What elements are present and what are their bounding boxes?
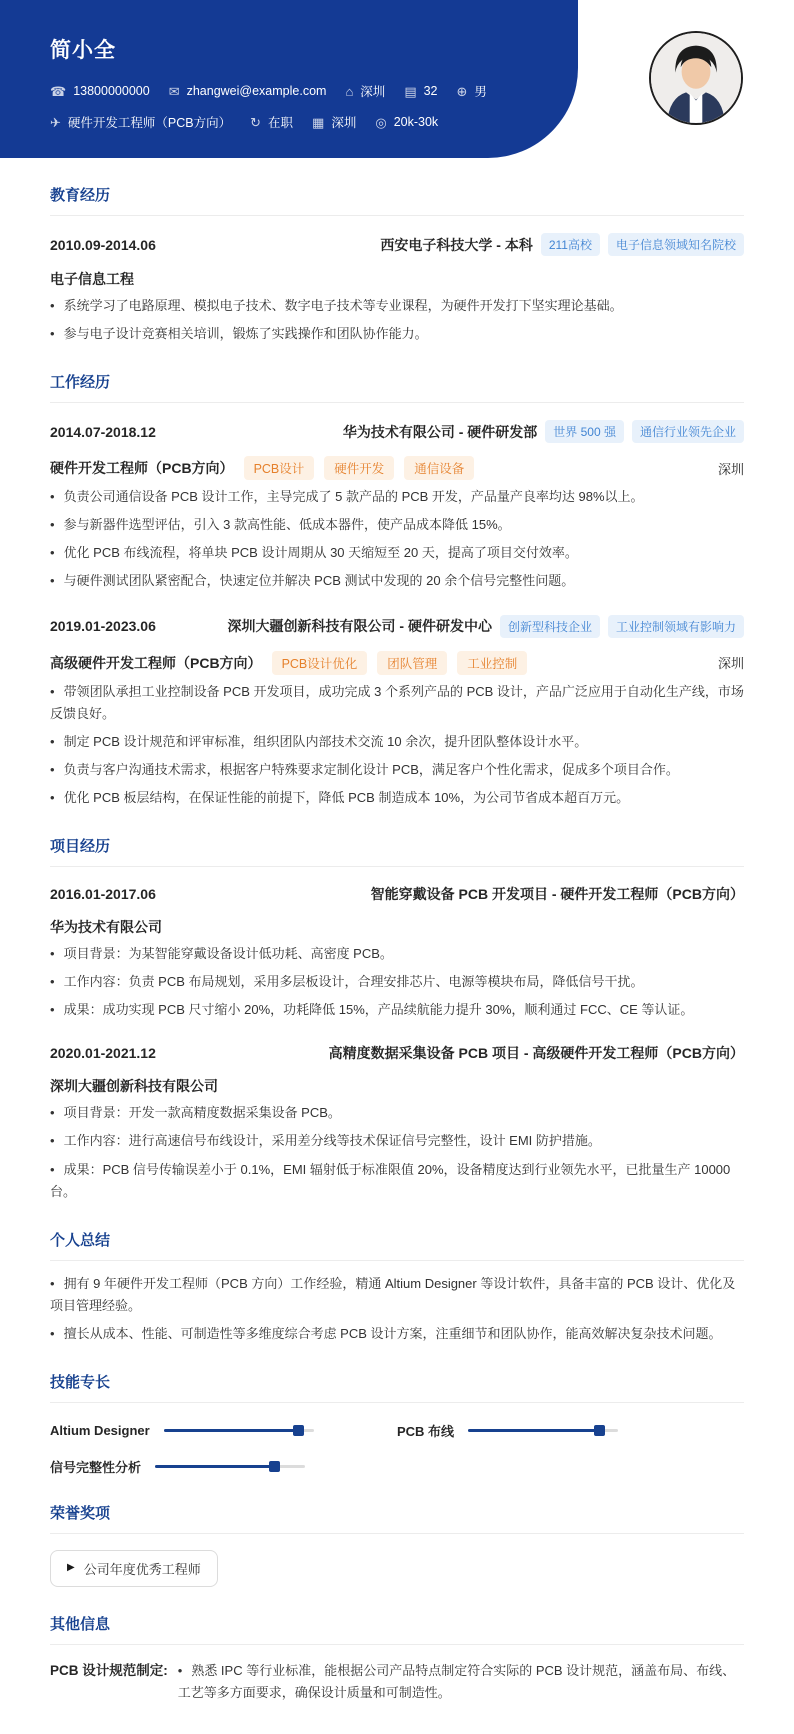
work-entry-2: 2019.01-2023.06 深圳大疆创新科技有限公司 - 硬件研发中心 创新…: [50, 615, 744, 809]
work-entry-1: 2014.07-2018.12 华为技术有限公司 - 硬件研发部 世界 500 …: [50, 420, 744, 592]
project-date: 2020.01-2021.12: [50, 1045, 156, 1061]
bullet-item: •负责公司通信设备 PCB 设计工作，主导完成了 5 款产品的 PCB 开发，产…: [50, 486, 744, 508]
project-bullets: •项目背景：为某智能穿戴设备设计低功耗、高密度 PCB。 •工作内容：负责 PC…: [50, 943, 744, 1021]
bullet-item: •参与新器件选型评估，引入 3 款高性能、低成本器件，使产品成本降低 15%。: [50, 514, 744, 536]
bullet-dot: •: [50, 762, 55, 777]
skill-tag: PCB设计优化: [272, 651, 368, 675]
summary-bullets: •拥有 9 年硬件开发工程师（PCB 方向）工作经验，精通 Altium Des…: [50, 1273, 744, 1345]
resume-page: 简小全 ☎ 13800000000 ✉ zhangwei@example.com…: [0, 0, 794, 1734]
bullet-dot: •: [50, 489, 55, 504]
work-city: 深圳: [718, 653, 744, 672]
school-name: 西安电子科技大学 - 本科: [380, 235, 532, 255]
play-icon: ▶: [67, 1563, 75, 1573]
section-title-work: 工作经历: [50, 371, 744, 403]
bullet-dot: •: [50, 974, 55, 989]
age-text: 32: [424, 84, 438, 98]
education-entry: 2010.09-2014.06 西安电子科技大学 - 本科 211高校 电子信息…: [50, 233, 744, 345]
home-icon: ⌂: [345, 85, 353, 98]
bullet-item: •工作内容：进行高速信号布线设计，采用差分线等技术保证信号完整性，设计 EMI …: [50, 1130, 744, 1152]
work-bullets: •负责公司通信设备 PCB 设计工作，主导完成了 5 款产品的 PCB 开发，产…: [50, 486, 744, 592]
company-name: 华为技术有限公司 - 硬件研发部: [343, 422, 537, 442]
skill-slider-fill: [155, 1465, 275, 1468]
skill-signal-integrity: 信号完整性分析: [50, 1457, 397, 1476]
contact-gender: ⊕ 男: [457, 82, 487, 100]
bullet-item: •熟悉 IPC 等行业标准，能根据公司产品特点制定符合实际的 PCB 设计规范，…: [178, 1660, 744, 1704]
calendar-icon: ▤: [404, 85, 416, 98]
skill-tag: 硬件开发: [324, 456, 394, 480]
job-role: 硬件开发工程师（PCB方向）: [50, 458, 234, 478]
job-intention: ✈ 硬件开发工程师（PCB方向）: [50, 113, 231, 131]
bullet-dot: •: [50, 326, 55, 341]
building-icon: ▦: [312, 116, 324, 129]
salary-text: 20k-30k: [394, 115, 438, 129]
bullet-item: •带领团队承担工业控制设备 PCB 开发项目，成功完成 3 个系列产品的 PCB…: [50, 681, 744, 725]
skill-slider-fill: [468, 1429, 600, 1432]
skill-slider-handle[interactable]: [594, 1425, 605, 1436]
phone-text: 13800000000: [73, 84, 149, 98]
phone-icon: ☎: [50, 85, 66, 98]
status-icon: ↻: [250, 116, 261, 129]
job-status-text: 在职: [268, 113, 293, 131]
education-date: 2010.09-2014.06: [50, 237, 156, 253]
bullet-dot: •: [50, 1162, 55, 1177]
company-name: 深圳大疆创新科技有限公司 - 硬件研发中心: [228, 616, 492, 636]
section-title-other: 其他信息: [50, 1613, 744, 1645]
company-badge: 工业控制领域有影响力: [608, 615, 744, 638]
project-bullets: •项目背景：开发一款高精度数据采集设备 PCB。 •工作内容：进行高速信号布线设…: [50, 1102, 744, 1202]
project-date: 2016.01-2017.06: [50, 886, 156, 902]
bullet-item: •优化 PCB 板层结构，在保证性能的前提下，降低 PCB 制造成本 10%，为…: [50, 787, 744, 809]
bullet-dot: •: [178, 1663, 183, 1678]
bullet-dot: •: [50, 1105, 55, 1120]
company-badge: 世界 500 强: [545, 420, 624, 443]
other-info-label: PCB 设计规范制定:: [50, 1660, 168, 1683]
bullet-item: •成果：成功实现 PCB 尺寸缩小 20%，功耗降低 15%，产品续航能力提升 …: [50, 999, 744, 1021]
bullet-dot: •: [50, 1326, 55, 1341]
section-title-skills: 技能专长: [50, 1371, 744, 1403]
project-entry-1: 2016.01-2017.06 智能穿戴设备 PCB 开发项目 - 硬件开发工程…: [50, 884, 744, 1021]
target-city-text: 深圳: [331, 113, 356, 131]
job-intention-text: 硬件开发工程师（PCB方向）: [68, 113, 231, 131]
project-company: 华为技术有限公司: [50, 917, 744, 937]
bullet-dot: •: [50, 298, 55, 313]
skill-slider[interactable]: [155, 1465, 305, 1468]
bullet-dot: •: [50, 684, 55, 699]
section-skills: 技能专长 Altium Designer PCB 布线: [50, 1371, 744, 1476]
job-role: 高级硬件开发工程师（PCB方向）: [50, 653, 262, 673]
bullet-item: •项目背景：开发一款高精度数据采集设备 PCB。: [50, 1102, 744, 1124]
globe-icon: ⊕: [457, 85, 468, 98]
bullet-dot: •: [50, 790, 55, 805]
section-title-education: 教育经历: [50, 184, 744, 216]
job-status: ↻ 在职: [250, 113, 293, 131]
company-badge: 通信行业领先企业: [632, 420, 744, 443]
major-name: 电子信息工程: [50, 269, 744, 289]
skill-tag: 工业控制: [457, 651, 527, 675]
bullet-dot: •: [50, 573, 55, 588]
section-title-summary: 个人总结: [50, 1229, 744, 1261]
section-education: 教育经历 2010.09-2014.06 西安电子科技大学 - 本科 211高校…: [50, 184, 744, 345]
skill-altium-designer: Altium Designer: [50, 1421, 397, 1440]
bullet-dot: •: [50, 1133, 55, 1148]
section-summary: 个人总结 •拥有 9 年硬件开发工程师（PCB 方向）工作经验，精通 Altiu…: [50, 1229, 744, 1345]
expected-salary: ◎ 20k-30k: [375, 115, 438, 129]
bullet-item: •工作内容：负责 PCB 布局规划，采用多层板设计，合理安排芯片、电源等模块布局…: [50, 971, 744, 993]
contact-row-2: ✈ 硬件开发工程师（PCB方向） ↻ 在职 ▦ 深圳 ◎ 20k-30k: [50, 113, 794, 131]
header-content: 简小全 ☎ 13800000000 ✉ zhangwei@example.com…: [0, 0, 794, 131]
skill-slider[interactable]: [164, 1429, 314, 1432]
section-work: 工作经历 2014.07-2018.12 华为技术有限公司 - 硬件研发部 世界…: [50, 371, 744, 809]
education-bullets: •系统学习了电路原理、模拟电子技术、数字电子技术等专业课程，为硬件开发打下坚实理…: [50, 295, 744, 345]
skill-label: Altium Designer: [50, 1423, 150, 1438]
resume-body: 教育经历 2010.09-2014.06 西安电子科技大学 - 本科 211高校…: [0, 184, 794, 1734]
project-name: 高精度数据采集设备 PCB 项目 - 高级硬件开发工程师（PCB方向）: [329, 1043, 744, 1063]
section-projects: 项目经历 2016.01-2017.06 智能穿戴设备 PCB 开发项目 - 硬…: [50, 835, 744, 1203]
bullet-item: •优化 PCB 布线流程，将单块 PCB 设计周期从 30 天缩短至 20 天，…: [50, 542, 744, 564]
skill-label: PCB 布线: [397, 1421, 454, 1440]
bullet-item: •擅长从成本、性能、可制造性等多维度综合考虑 PCB 设计方案，注重细节和团队协…: [50, 1323, 744, 1345]
company-badge: 创新型科技企业: [500, 615, 600, 638]
contact-row-1: ☎ 13800000000 ✉ zhangwei@example.com ⌂ 深…: [50, 82, 794, 100]
bullet-dot: •: [50, 1276, 55, 1291]
candidate-name: 简小全: [50, 34, 794, 64]
bullet-item: •系统学习了电路原理、模拟电子技术、数字电子技术等专业课程，为硬件开发打下坚实理…: [50, 295, 744, 317]
resume-header: 简小全 ☎ 13800000000 ✉ zhangwei@example.com…: [0, 0, 794, 158]
paper-plane-icon: ✈: [50, 116, 61, 129]
bullet-dot: •: [50, 1002, 55, 1017]
bullet-item: •参与电子设计竞赛相关培训，锻炼了实践操作和团队协作能力。: [50, 323, 744, 345]
skill-slider-fill: [164, 1429, 299, 1432]
skill-pcb-routing: PCB 布线: [397, 1421, 744, 1440]
bullet-dot: •: [50, 517, 55, 532]
gender-text: 男: [474, 82, 487, 100]
contact-location: ⌂ 深圳: [345, 82, 385, 100]
contact-phone: ☎ 13800000000: [50, 84, 150, 98]
salary-icon: ◎: [375, 116, 386, 129]
other-bullets: •熟悉 IPC 等行业标准，能根据公司产品特点制定符合实际的 PCB 设计规范，…: [178, 1660, 744, 1704]
project-name: 智能穿戴设备 PCB 开发项目 - 硬件开发工程师（PCB方向）: [371, 884, 744, 904]
section-other: 其他信息 PCB 设计规范制定: •熟悉 IPC 等行业标准，能根据公司产品特点…: [50, 1613, 744, 1704]
target-city: ▦ 深圳: [312, 113, 356, 131]
skill-slider[interactable]: [468, 1429, 618, 1432]
skill-slider-handle[interactable]: [293, 1425, 304, 1436]
work-city: 深圳: [718, 459, 744, 478]
project-company: 深圳大疆创新科技有限公司: [50, 1076, 744, 1096]
skill-tag: PCB设计: [244, 456, 315, 480]
skill-tag: 团队管理: [377, 651, 447, 675]
bullet-item: •与硬件测试团队紧密配合，快速定位并解决 PCB 测试中发现的 20 余个信号完…: [50, 570, 744, 592]
bullet-item: •制定 PCB 设计规范和评审标准，组织团队内部技术交流 10 余次，提升团队整…: [50, 731, 744, 753]
email-text: zhangwei@example.com: [187, 84, 327, 98]
work-date: 2019.01-2023.06: [50, 618, 156, 634]
work-date: 2014.07-2018.12: [50, 424, 156, 440]
honor-item[interactable]: ▶ 公司年度优秀工程师: [50, 1550, 218, 1587]
skill-tag: 通信设备: [404, 456, 474, 480]
project-entry-2: 2020.01-2021.12 高精度数据采集设备 PCB 项目 - 高级硬件开…: [50, 1043, 744, 1202]
honor-label: 公司年度优秀工程师: [84, 1559, 201, 1578]
bullet-dot: •: [50, 545, 55, 560]
school-badge: 211高校: [541, 233, 600, 256]
skills-grid: Altium Designer PCB 布线: [50, 1421, 744, 1476]
work-bullets: •带领团队承担工业控制设备 PCB 开发项目，成功完成 3 个系列产品的 PCB…: [50, 681, 744, 809]
mail-icon: ✉: [169, 85, 180, 98]
contact-age: ▤ 32: [404, 84, 437, 98]
section-title-projects: 项目经历: [50, 835, 744, 867]
skill-label: 信号完整性分析: [50, 1457, 141, 1476]
section-honors: 荣誉奖项 ▶ 公司年度优秀工程师: [50, 1502, 744, 1587]
location-text: 深圳: [360, 82, 385, 100]
bullet-item: •拥有 9 年硬件开发工程师（PCB 方向）工作经验，精通 Altium Des…: [50, 1273, 744, 1317]
bullet-dot: •: [50, 734, 55, 749]
bullet-item: •成果：PCB 信号传输误差小于 0.1%，EMI 辐射低于标准限值 20%，设…: [50, 1159, 744, 1203]
bullet-item: •项目背景：为某智能穿戴设备设计低功耗、高密度 PCB。: [50, 943, 744, 965]
bullet-item: •负责与客户沟通技术需求，根据客户特殊要求定制化设计 PCB，满足客户个性化需求…: [50, 759, 744, 781]
other-info-row: PCB 设计规范制定: •熟悉 IPC 等行业标准，能根据公司产品特点制定符合实…: [50, 1660, 744, 1704]
skill-slider-handle[interactable]: [269, 1461, 280, 1472]
bullet-dot: •: [50, 946, 55, 961]
section-title-honors: 荣誉奖项: [50, 1502, 744, 1534]
school-badge: 电子信息领域知名院校: [608, 233, 744, 256]
contact-email: ✉ zhangwei@example.com: [169, 84, 327, 98]
